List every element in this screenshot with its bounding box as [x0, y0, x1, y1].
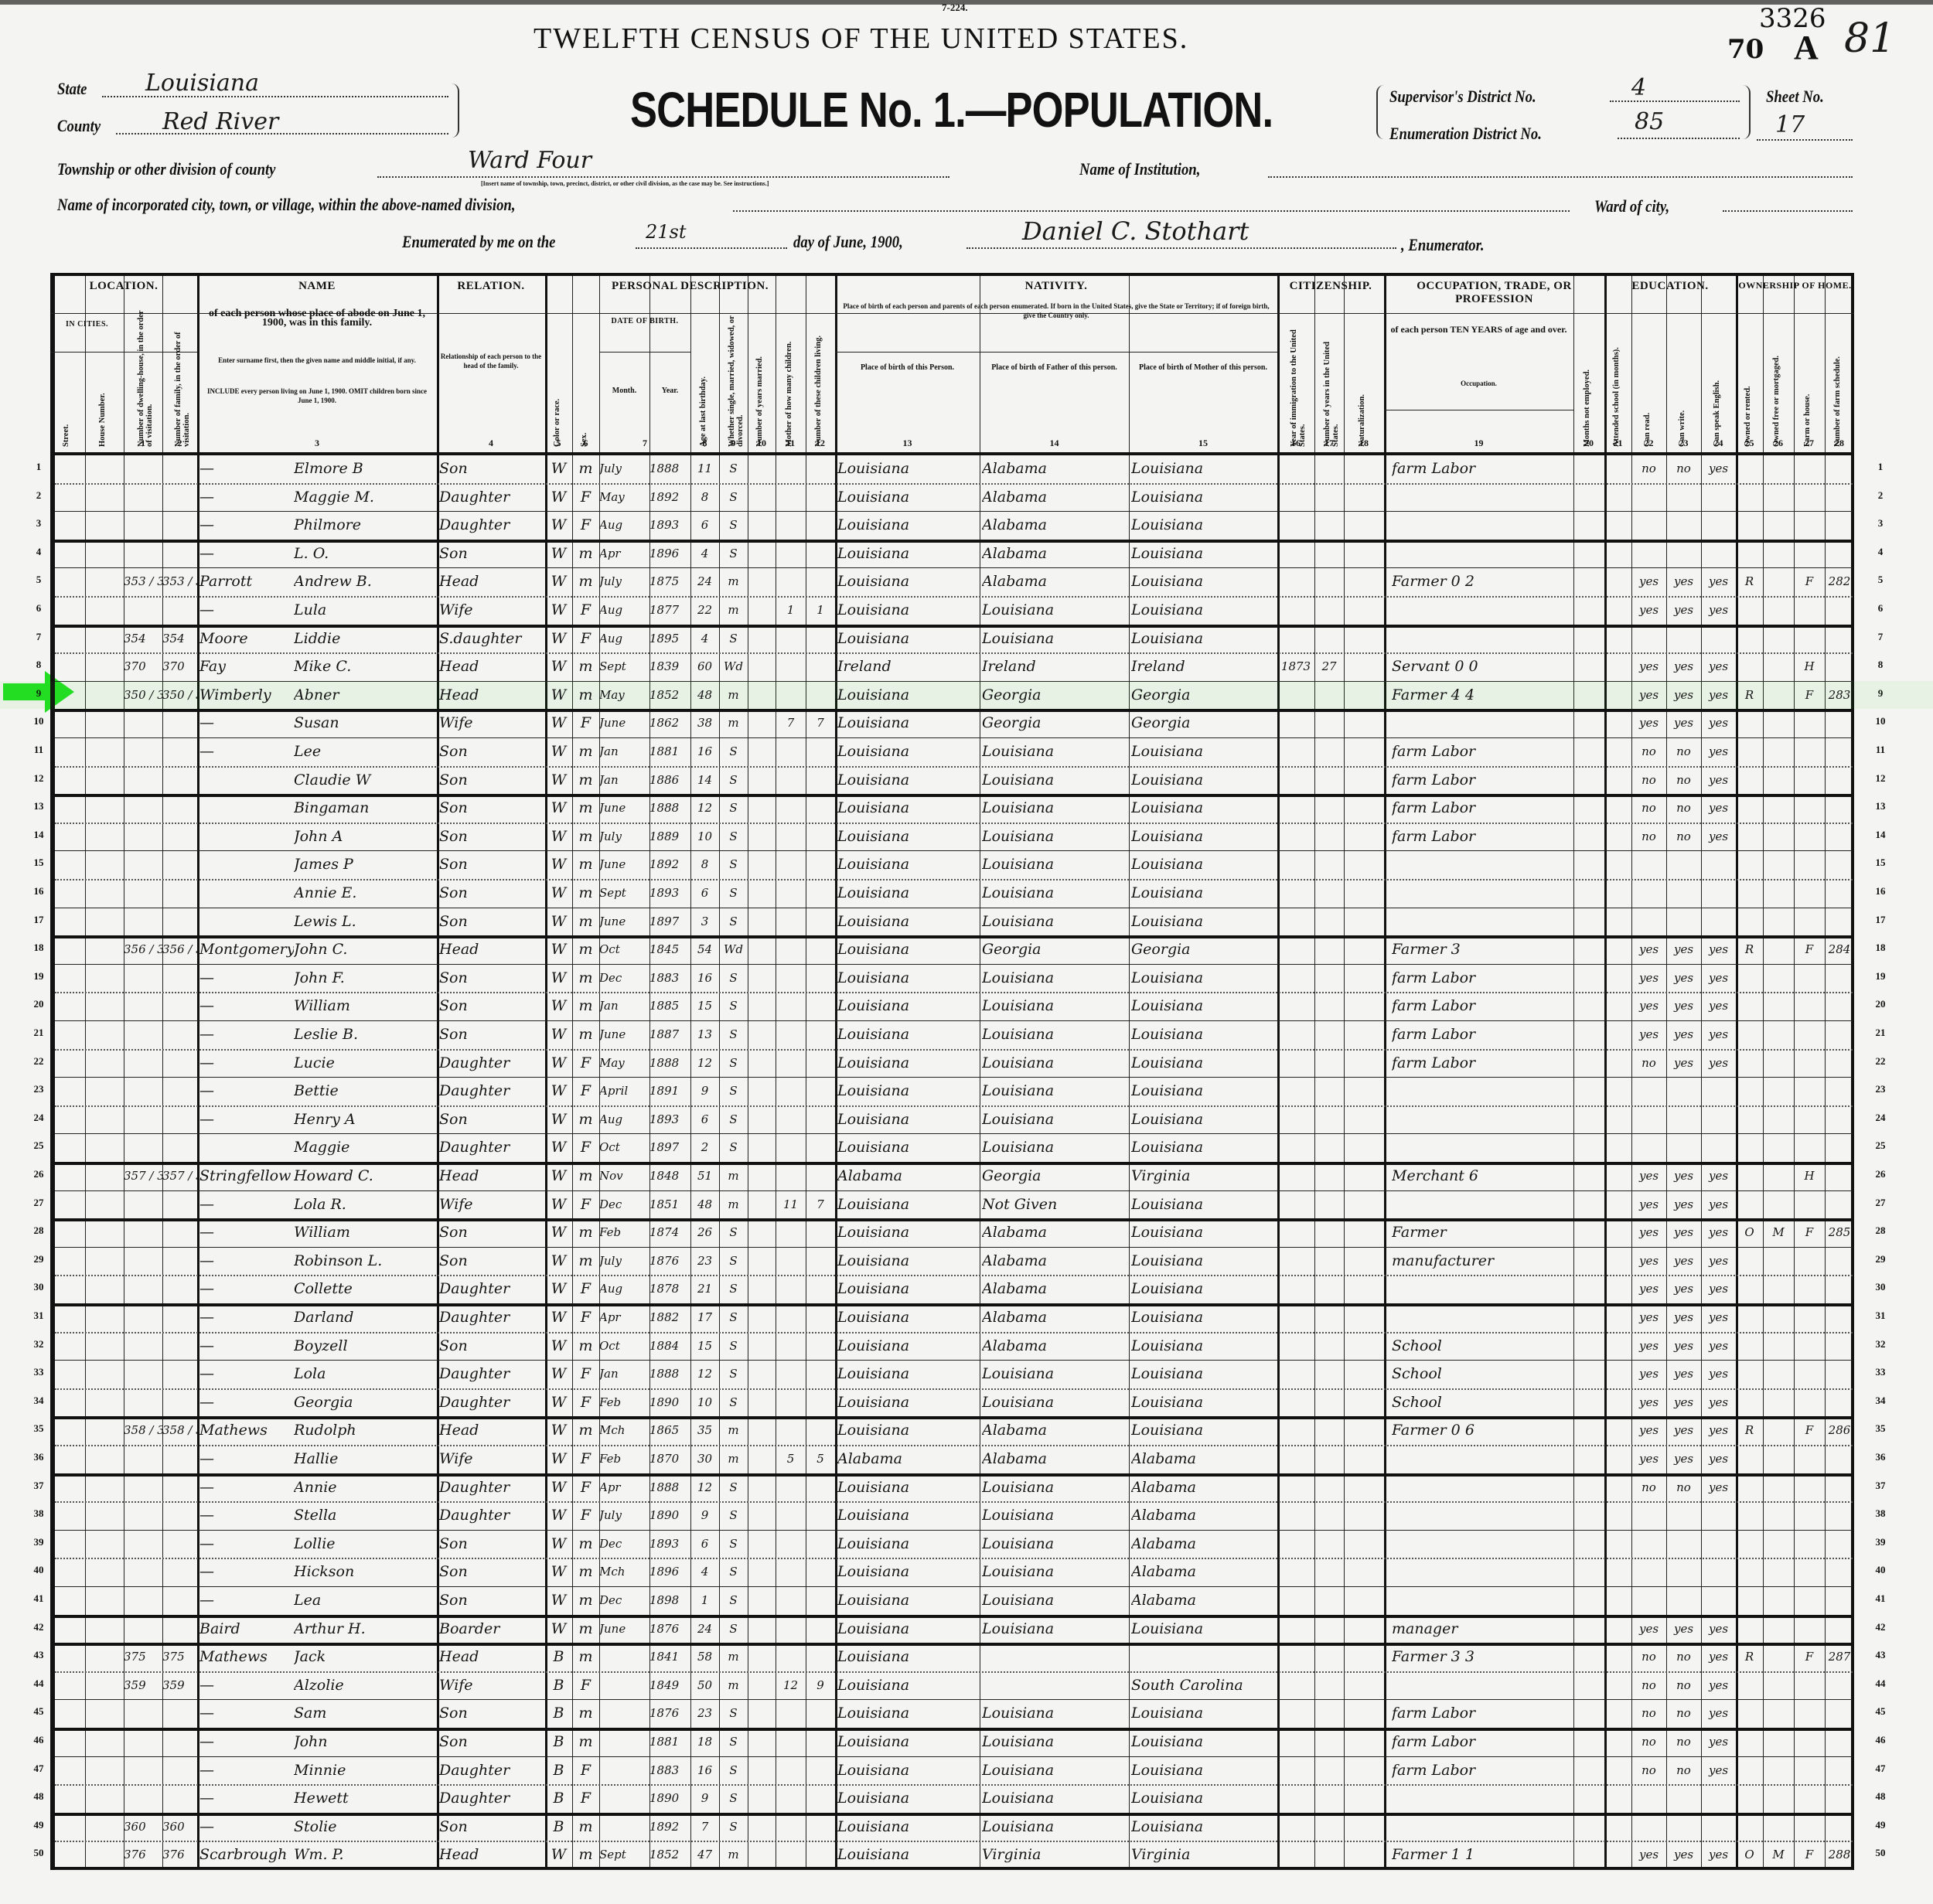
- birthplace-person-cell: Louisiana: [837, 1699, 980, 1728]
- children-living-cell: [806, 766, 835, 795]
- children-living-cell: [806, 1813, 835, 1841]
- color-race-cell: W: [545, 964, 572, 993]
- farm-schedule-number-cell: [1825, 483, 1854, 512]
- table-row: —MinnieDaughterBF188316SLouisianaLouisia…: [0, 1756, 1933, 1785]
- immigration-year-cell: 1873: [1277, 652, 1314, 681]
- color-race-cell: W: [545, 483, 572, 512]
- can-write-cell: yes: [1666, 709, 1701, 737]
- family-number-cell: [162, 1077, 197, 1105]
- months-unemployed-cell: [1573, 935, 1604, 964]
- table-row: —DarlandDaughterWFApr188217SLouisianaAla…: [0, 1303, 1933, 1332]
- farm-house-cell: [1794, 540, 1825, 568]
- immigration-year-cell: [1277, 540, 1314, 568]
- months-unemployed-cell: [1573, 992, 1604, 1020]
- dwelling-number-cell: 353 / 349: [124, 567, 162, 596]
- color-race-cell: W: [545, 1332, 572, 1361]
- can-write-cell: yes: [1666, 964, 1701, 993]
- corner-page-number: 81: [1844, 15, 1895, 62]
- mother-of-children-cell: [776, 511, 806, 540]
- can-speak-english-cell: yes: [1701, 1247, 1736, 1276]
- naturalization-cell: [1344, 1530, 1384, 1558]
- years-in-us-cell: [1314, 1813, 1344, 1841]
- mother-of-children-cell: [776, 1020, 806, 1049]
- can-read-cell: yes: [1631, 1303, 1666, 1332]
- farm-house-cell: [1794, 1133, 1825, 1162]
- mother-of-children-cell: [776, 1558, 806, 1586]
- years-in-us-cell: [1314, 1643, 1344, 1671]
- years-in-us-cell: [1314, 567, 1344, 596]
- birth-month-cell: Dec: [599, 964, 649, 993]
- immigration-year-cell: [1277, 1558, 1314, 1586]
- years-in-us-cell: [1314, 1275, 1344, 1303]
- immigration-year-cell: [1277, 1275, 1314, 1303]
- surname-cell: Moore: [199, 625, 294, 653]
- owned-rented-cell: [1736, 964, 1763, 993]
- months-unemployed-cell: [1573, 1671, 1604, 1700]
- attended-school-cell: [1604, 1388, 1631, 1417]
- birthplace-person-cell: Louisiana: [837, 1388, 980, 1417]
- owned-rented-cell: [1736, 1699, 1763, 1728]
- birthplace-father-cell: Louisiana: [982, 1360, 1129, 1388]
- marital-status-cell: m: [719, 567, 748, 596]
- can-speak-english-cell: yes: [1701, 794, 1736, 823]
- farm-schedule-number-cell: [1825, 1728, 1854, 1756]
- dwelling-number-cell: [124, 1728, 162, 1756]
- attended-school-cell: [1604, 992, 1631, 1020]
- birthplace-person-cell: Louisiana: [837, 1020, 980, 1049]
- years-in-us-cell: [1314, 1049, 1344, 1078]
- column-number: 5: [545, 438, 572, 449]
- years-in-us-cell: [1314, 455, 1344, 483]
- immigration-year-cell: [1277, 935, 1314, 964]
- sex-cell: m: [572, 1558, 599, 1586]
- occupation-cell: [1392, 1813, 1573, 1841]
- can-write-cell: yes: [1666, 1247, 1701, 1276]
- months-unemployed-cell: [1573, 766, 1604, 795]
- owned-rented-cell: [1736, 596, 1763, 625]
- occupation-rule: [1384, 410, 1573, 410]
- birthplace-mother-cell: Louisiana: [1131, 567, 1277, 596]
- farm-house-cell: [1794, 1020, 1825, 1049]
- owned-rented-cell: [1736, 540, 1763, 568]
- family-number-cell: [162, 1756, 197, 1785]
- years-married-cell: [748, 681, 776, 710]
- relation-cell: Daughter: [439, 1756, 545, 1785]
- owned-free-mortgaged-cell: [1763, 1190, 1794, 1219]
- occupation-cell: farm Labor: [1392, 1049, 1573, 1078]
- census-title: TWELFTH CENSUS OF THE UNITED STATES.: [534, 22, 1188, 56]
- relation-cell: Son: [439, 540, 545, 568]
- farm-schedule-number-cell: [1825, 1190, 1854, 1219]
- can-speak-english-cell: yes: [1701, 1756, 1736, 1785]
- naturalization-cell: [1344, 1473, 1384, 1502]
- relation-cell: Wife: [439, 1671, 545, 1700]
- children-living-cell: 5: [806, 1445, 835, 1473]
- years-married-cell: [748, 1473, 776, 1502]
- attended-school-cell: [1604, 1643, 1631, 1671]
- attended-school-cell: [1604, 1105, 1631, 1134]
- immigration-year-cell: [1277, 964, 1314, 993]
- surname-cell: —: [199, 964, 294, 993]
- farm-schedule-number-cell: [1825, 1530, 1854, 1558]
- surname-cell: Baird: [199, 1615, 294, 1643]
- birthplace-person-cell: Louisiana: [837, 1473, 980, 1502]
- children-living-cell: [806, 1020, 835, 1049]
- can-write-cell: yes: [1666, 1360, 1701, 1388]
- years-married-cell: [748, 1360, 776, 1388]
- surname-cell: —: [199, 1728, 294, 1756]
- occupation-cell: Farmer 0 6: [1392, 1416, 1573, 1445]
- years-in-us-cell: [1314, 1784, 1344, 1813]
- age-cell: 9: [690, 1784, 719, 1813]
- children-living-cell: [806, 1247, 835, 1276]
- years-married-cell: [748, 1133, 776, 1162]
- owned-free-mortgaged-cell: [1763, 455, 1794, 483]
- age-cell: 18: [690, 1728, 719, 1756]
- table-row: —StellaDaughterWFJuly18909SLouisianaLoui…: [0, 1501, 1933, 1530]
- children-living-cell: 7: [806, 709, 835, 737]
- occupation-cell: [1392, 850, 1573, 879]
- can-write-cell: no: [1666, 823, 1701, 851]
- birthplace-person-cell: Louisiana: [837, 737, 980, 766]
- family-number-cell: [162, 1473, 197, 1502]
- mother-of-children-cell: [776, 1416, 806, 1445]
- months-unemployed-cell: [1573, 1643, 1604, 1671]
- column-number: 24: [1701, 438, 1736, 449]
- attended-school-cell: [1604, 625, 1631, 653]
- dwelling-number-cell: 376: [124, 1841, 162, 1869]
- owned-free-mortgaged-cell: [1763, 879, 1794, 908]
- sex-cell: m: [572, 1530, 599, 1558]
- can-write-cell: yes: [1666, 1218, 1701, 1247]
- birthplace-father-cell: Louisiana: [982, 1473, 1129, 1502]
- farm-house-cell: [1794, 1473, 1825, 1502]
- header-location: LOCATION.: [50, 280, 197, 293]
- relation-cell: Daughter: [439, 1303, 545, 1332]
- table-row: 360360—StolieSonBm18927SLouisianaLouisia…: [0, 1813, 1933, 1841]
- table-row: —Lola R.WifeWFDec185148m117LouisianaNot …: [0, 1190, 1933, 1219]
- owned-rented-cell: [1736, 1049, 1763, 1078]
- naturalization-cell: [1344, 1699, 1384, 1728]
- dwelling-number-cell: [124, 1049, 162, 1078]
- birth-year-cell: 1876: [649, 1615, 690, 1643]
- relation-cell: Daughter: [439, 483, 545, 512]
- family-number-cell: [162, 483, 197, 512]
- occupation-cell: Servant 0 0: [1392, 652, 1573, 681]
- given-name-cell: Arthur H.: [294, 1615, 437, 1643]
- years-in-us-cell: [1314, 1416, 1344, 1445]
- naturalization-cell: [1344, 1218, 1384, 1247]
- dwelling-number-cell: [124, 766, 162, 795]
- farm-schedule-number-cell: [1825, 794, 1854, 823]
- years-in-us-cell: [1314, 935, 1344, 964]
- table-row: —LeaSonWmDec18981SLouisianaLouisianaAlab…: [0, 1586, 1933, 1615]
- birthplace-mother-cell: Louisiana: [1131, 540, 1277, 568]
- marital-status-cell: m: [719, 1671, 748, 1700]
- family-number-cell: [162, 1360, 197, 1388]
- owned-free-mortgaged-cell: [1763, 1813, 1794, 1841]
- can-write-cell: [1666, 1784, 1701, 1813]
- header-ownership: OWNERSHIP OF HOME.: [1736, 280, 1854, 291]
- birth-year-cell: 1898: [649, 1586, 690, 1615]
- farm-schedule-number-cell: [1825, 1615, 1854, 1643]
- column-number: 14: [980, 438, 1129, 449]
- immigration-year-cell: [1277, 1190, 1314, 1219]
- color-race-cell: W: [545, 1247, 572, 1276]
- attended-school-cell: [1604, 483, 1631, 512]
- birthplace-mother-cell: Louisiana: [1131, 850, 1277, 879]
- surname-cell: —: [199, 1501, 294, 1530]
- enumeration-district-value: 85: [1635, 108, 1664, 135]
- color-race-cell: W: [545, 596, 572, 625]
- dwelling-number-cell: [124, 1558, 162, 1586]
- can-read-cell: yes: [1631, 935, 1666, 964]
- sex-cell: F: [572, 1077, 599, 1105]
- column-number: 23: [1666, 438, 1701, 449]
- family-number-cell: 353 / 369: [162, 567, 197, 596]
- owned-rented-cell: [1736, 1501, 1763, 1530]
- years-married-cell: [748, 1558, 776, 1586]
- can-read-cell: yes: [1631, 652, 1666, 681]
- can-write-cell: yes: [1666, 1020, 1701, 1049]
- can-write-cell: [1666, 908, 1701, 936]
- naturalization-cell: [1344, 1303, 1384, 1332]
- years-married-cell: [748, 709, 776, 737]
- farm-house-cell: [1794, 1501, 1825, 1530]
- occupation-cell: [1392, 1586, 1573, 1615]
- age-cell: 4: [690, 540, 719, 568]
- farm-house-cell: [1794, 1360, 1825, 1388]
- county-value: Red River: [162, 108, 278, 135]
- naturalization-cell: [1344, 1615, 1384, 1643]
- color-race-cell: W: [545, 1473, 572, 1502]
- can-write-cell: yes: [1666, 1388, 1701, 1417]
- table-row: —SamSonBm187623SLouisianaLouisianaLouisi…: [0, 1699, 1933, 1728]
- birthplace-mother-cell: Louisiana: [1131, 1303, 1277, 1332]
- dwelling-number-cell: [124, 1332, 162, 1361]
- age-cell: 8: [690, 483, 719, 512]
- months-unemployed-cell: [1573, 1416, 1604, 1445]
- children-living-cell: [806, 540, 835, 568]
- farm-schedule-number-cell: [1825, 737, 1854, 766]
- dwelling-number-cell: [124, 1218, 162, 1247]
- birth-year-cell: 1888: [649, 1473, 690, 1502]
- months-unemployed-cell: [1573, 1615, 1604, 1643]
- given-name-cell: Mike C.: [294, 652, 437, 681]
- relation-cell: Head: [439, 567, 545, 596]
- occupation-cell: [1392, 879, 1573, 908]
- attended-school-cell: [1604, 1501, 1631, 1530]
- relation-cell: Daughter: [439, 1049, 545, 1078]
- mother-of-children-cell: [776, 1133, 806, 1162]
- attended-school-cell: [1604, 1530, 1631, 1558]
- mother-of-children-cell: [776, 935, 806, 964]
- birthplace-mother-cell: Louisiana: [1131, 879, 1277, 908]
- column-number: 10: [748, 438, 776, 449]
- sheet-line: [1757, 139, 1853, 141]
- birth-year-cell: 1862: [649, 709, 690, 737]
- district-brace-right: [1743, 85, 1751, 139]
- dwelling-number-cell: [124, 823, 162, 851]
- years-in-us-cell: [1314, 1190, 1344, 1219]
- years-in-us-cell: [1314, 709, 1344, 737]
- naturalization-cell: [1344, 992, 1384, 1020]
- given-name-cell: Minnie: [294, 1756, 437, 1785]
- owned-rented-cell: O: [1736, 1218, 1763, 1247]
- birthplace-father-cell: Virginia: [982, 1841, 1129, 1869]
- name-instructions: Enter surname first, then the given name…: [200, 356, 434, 365]
- given-name-cell: Alzolie: [294, 1671, 437, 1700]
- given-name-cell: Bingaman: [294, 794, 437, 823]
- can-speak-english-cell: [1701, 1105, 1736, 1134]
- birthplace-father-cell: Louisiana: [982, 596, 1129, 625]
- mother-of-children-cell: 11: [776, 1190, 806, 1219]
- months-unemployed-cell: [1573, 1020, 1604, 1049]
- birth-month-cell: Aug: [599, 1275, 649, 1303]
- can-speak-english-cell: yes: [1701, 1473, 1736, 1502]
- birthplace-mother-cell: Louisiana: [1131, 908, 1277, 936]
- months-unemployed-cell: [1573, 1699, 1604, 1728]
- owned-free-mortgaged-cell: [1763, 1756, 1794, 1785]
- birthplace-mother-cell: Louisiana: [1131, 766, 1277, 795]
- table-row: Annie E.SonWmSept18936SLouisianaLouisian…: [0, 879, 1933, 908]
- farm-house-cell: [1794, 1445, 1825, 1473]
- nativity-rule: [835, 352, 1277, 353]
- column-number: 27: [1794, 438, 1825, 449]
- naturalization-cell: [1344, 935, 1384, 964]
- birth-year-cell: 1845: [649, 935, 690, 964]
- farm-house-cell: [1794, 625, 1825, 653]
- age-cell: 10: [690, 823, 719, 851]
- farm-schedule-number-cell: [1825, 1699, 1854, 1728]
- age-cell: 30: [690, 1445, 719, 1473]
- years-in-us-cell: [1314, 1218, 1344, 1247]
- owned-free-mortgaged-cell: [1763, 1699, 1794, 1728]
- can-read-cell: no: [1631, 823, 1666, 851]
- sex-cell: F: [572, 1388, 599, 1417]
- owned-rented-cell: [1736, 1133, 1763, 1162]
- owned-free-mortgaged-cell: [1763, 1501, 1794, 1530]
- table-row: —LolaDaughterWFJan188812SLouisianaLouisi…: [0, 1360, 1933, 1388]
- can-speak-english-cell: yes: [1701, 1275, 1736, 1303]
- given-name-cell: John A: [294, 823, 437, 851]
- months-unemployed-cell: [1573, 625, 1604, 653]
- mother-of-children-cell: [776, 1501, 806, 1530]
- months-unemployed-cell: [1573, 1247, 1604, 1276]
- surname-cell: —: [199, 1360, 294, 1388]
- birthplace-person-cell: Louisiana: [837, 1218, 980, 1247]
- birth-year-cell: 1841: [649, 1643, 690, 1671]
- birth-year-cell: 1852: [649, 681, 690, 710]
- relation-cell: Daughter: [439, 1473, 545, 1502]
- owned-free-mortgaged-cell: [1763, 935, 1794, 964]
- birthplace-mother-cell: Alabama: [1131, 1530, 1277, 1558]
- relation-cell: Son: [439, 823, 545, 851]
- attended-school-cell: [1604, 1841, 1631, 1869]
- header-naturalization: Naturalization.: [1358, 321, 1366, 447]
- sex-cell: m: [572, 1218, 599, 1247]
- birthplace-mother-cell: Louisiana: [1131, 1049, 1277, 1078]
- years-in-us-cell: [1314, 1303, 1344, 1332]
- owned-rented-cell: [1736, 1728, 1763, 1756]
- sex-cell: F: [572, 1473, 599, 1502]
- owned-rented-cell: [1736, 1756, 1763, 1785]
- marital-status-cell: S: [719, 1332, 748, 1361]
- marital-status-cell: S: [719, 1247, 748, 1276]
- marital-status-cell: S: [719, 625, 748, 653]
- years-in-us-cell: [1314, 1530, 1344, 1558]
- birth-year-cell: 1877: [649, 596, 690, 625]
- occupation-cell: [1392, 540, 1573, 568]
- can-speak-english-cell: yes: [1701, 992, 1736, 1020]
- given-name-cell: L. O.: [294, 540, 437, 568]
- naturalization-cell: [1344, 1643, 1384, 1671]
- enumerated-day-line: [636, 247, 787, 249]
- attended-school-cell: [1604, 455, 1631, 483]
- owned-free-mortgaged-cell: [1763, 1275, 1794, 1303]
- months-unemployed-cell: [1573, 879, 1604, 908]
- given-name-cell: Leslie B.: [294, 1020, 437, 1049]
- birth-year-cell: 1896: [649, 540, 690, 568]
- relation-cell: Son: [439, 850, 545, 879]
- owned-free-mortgaged-cell: [1763, 1586, 1794, 1615]
- can-read-cell: no: [1631, 1728, 1666, 1756]
- color-race-cell: W: [545, 1190, 572, 1219]
- family-number-cell: [162, 1020, 197, 1049]
- can-speak-english-cell: yes: [1701, 1615, 1736, 1643]
- months-unemployed-cell: [1573, 1728, 1604, 1756]
- occupation-cell: farm Labor: [1392, 737, 1573, 766]
- birthplace-mother-cell: Louisiana: [1131, 794, 1277, 823]
- table-row: —LucieDaughterWFMay188812SLouisianaLouis…: [0, 1049, 1933, 1078]
- naturalization-cell: [1344, 455, 1384, 483]
- surname-cell: —: [199, 511, 294, 540]
- birthplace-mother-cell: Louisiana: [1131, 992, 1277, 1020]
- immigration-year-cell: [1277, 483, 1314, 512]
- can-speak-english-cell: yes: [1701, 1841, 1736, 1869]
- birthplace-mother-cell: South Carolina: [1131, 1671, 1277, 1700]
- birth-month-cell: July: [599, 567, 649, 596]
- attended-school-cell: [1604, 652, 1631, 681]
- months-unemployed-cell: [1573, 455, 1604, 483]
- birth-month-cell: May: [599, 681, 649, 710]
- sex-cell: m: [572, 1020, 599, 1049]
- sex-cell: m: [572, 992, 599, 1020]
- occupation-cell: Farmer 4 4: [1392, 681, 1573, 710]
- farm-house-cell: [1794, 1558, 1825, 1586]
- birth-month-cell: July: [599, 823, 649, 851]
- can-read-cell: [1631, 540, 1666, 568]
- farm-schedule-number-cell: [1825, 1105, 1854, 1134]
- mother-of-children-cell: 12: [776, 1671, 806, 1700]
- family-number-cell: [162, 596, 197, 625]
- mother-of-children-cell: [776, 1473, 806, 1502]
- naturalization-cell: [1344, 1190, 1384, 1219]
- column-number: 18: [1344, 438, 1384, 449]
- children-living-cell: [806, 1586, 835, 1615]
- farm-schedule-number-cell: 288: [1825, 1841, 1854, 1869]
- farm-house-cell: [1794, 483, 1825, 512]
- sex-cell: m: [572, 737, 599, 766]
- birthplace-person-cell: Louisiana: [837, 850, 980, 879]
- dwelling-number-cell: [124, 483, 162, 512]
- owned-rented-cell: [1736, 879, 1763, 908]
- years-in-us-cell: [1314, 1445, 1344, 1473]
- months-unemployed-cell: [1573, 794, 1604, 823]
- occupation-cell: Merchant 6: [1392, 1162, 1573, 1190]
- occupation-cell: manager: [1392, 1615, 1573, 1643]
- immigration-year-cell: [1277, 794, 1314, 823]
